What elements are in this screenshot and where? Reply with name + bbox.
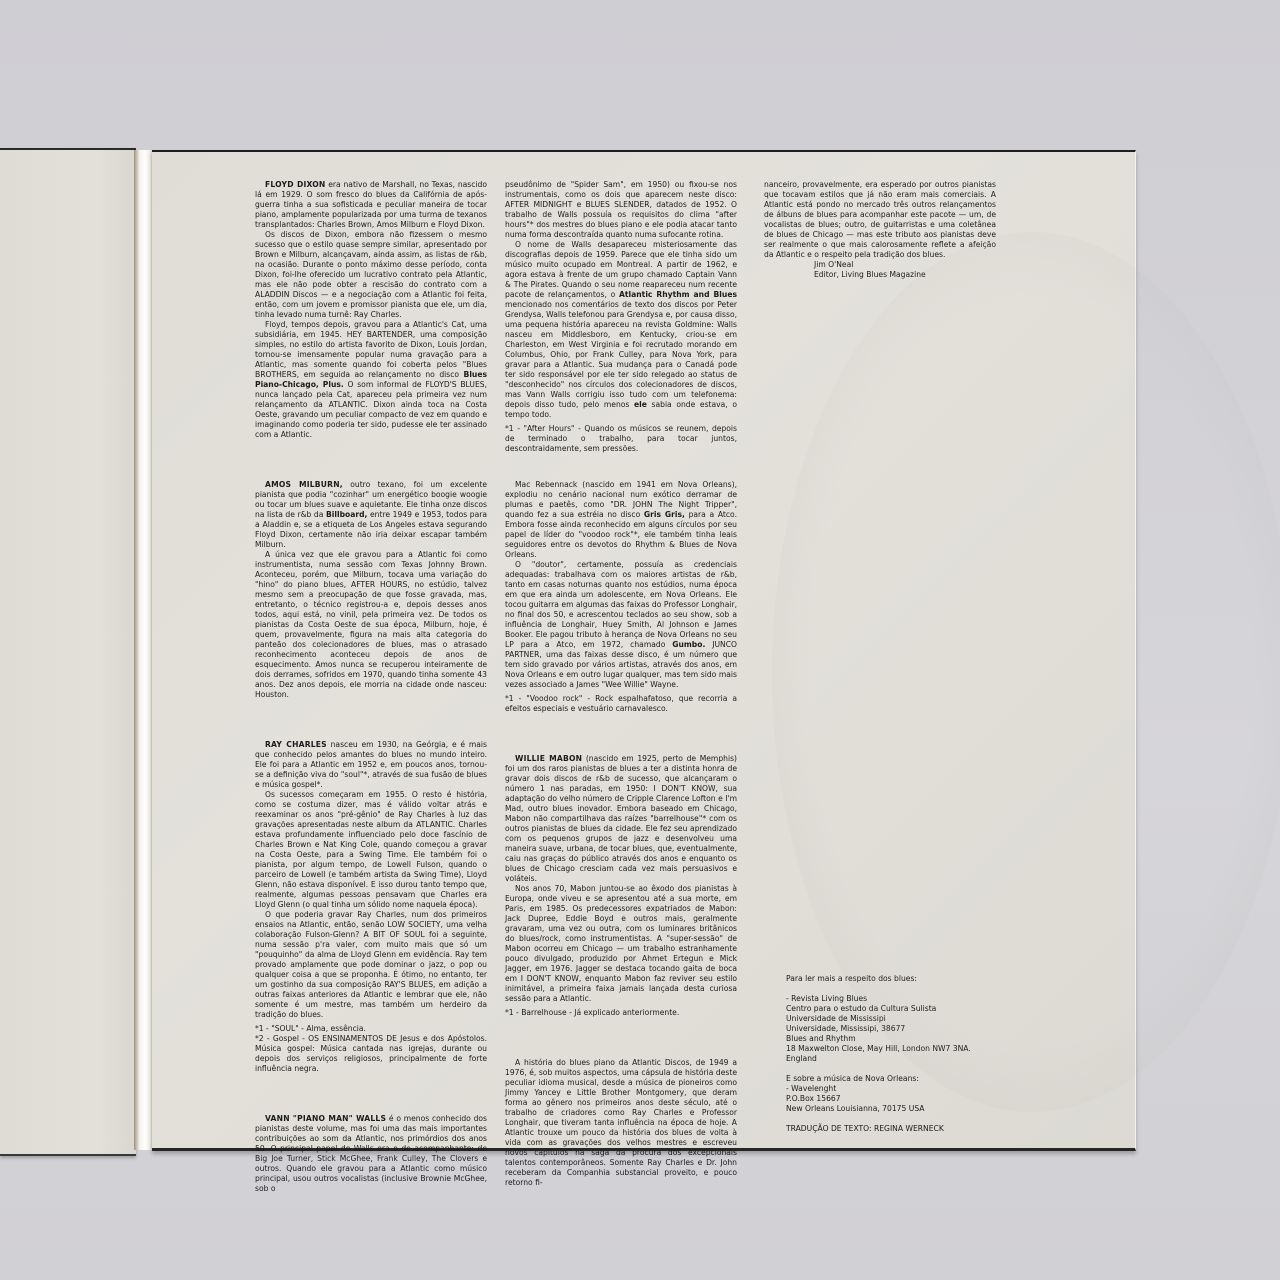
footnote: *1 - "Voodoo rock" - Rock espalhafatoso,…	[505, 694, 737, 714]
section-floyd-dixon: FLOYD DIXON era nativo de Marshall, no T…	[255, 180, 487, 440]
paragraph: Os discos de Dixon, embora não fizessem …	[255, 230, 487, 320]
paragraph: O que poderia gravar Ray Charles, num do…	[255, 910, 487, 1020]
footnote: *1 - "After Hours" - Quando os músicos s…	[505, 424, 737, 454]
paragraph: A única vez que ele gravou para a Atlant…	[255, 550, 487, 700]
paragraph: O "doutor", certamente, possuía as crede…	[505, 560, 737, 690]
references-block: Para ler mais a respeito dos blues: - Re…	[786, 974, 996, 1134]
paragraph: Floyd, tempos depois, gravou para a Atla…	[255, 320, 487, 440]
section-heading: AMOS MILBURN,	[265, 480, 343, 489]
reference-line: Universidade, Mississipi, 38677	[786, 1024, 996, 1034]
signature-title: Editor, Living Blues Magazine	[764, 270, 996, 280]
section-amos-milburn: AMOS MILBURN, outro texano, foi um excel…	[255, 480, 487, 700]
section-heading: RAY CHARLES	[265, 740, 327, 749]
signature-name: Jim O'Neal	[764, 260, 996, 270]
footnote: *1 - Barrelhouse - Já explicado anterior…	[505, 1008, 737, 1018]
paragraph: pseudônimo de "Spider Sam", em 1950) ou …	[505, 180, 737, 240]
reference-line: Blues and Rhythm	[786, 1034, 996, 1044]
text-column-3: nanceiro, provavelmente, era esperado po…	[764, 180, 996, 280]
section-dr-john: Mac Rebennack (nascido em 1941 em Nova O…	[505, 480, 737, 714]
text-column-1: FLOYD DIXON era nativo de Marshall, no T…	[255, 180, 487, 1194]
paragraph: nanceiro, provavelmente, era esperado po…	[764, 180, 996, 260]
section-history: A história do blues piano da Atlantic Di…	[505, 1058, 737, 1188]
section-vann-walls: VANN "PIANO MAN" WALLS é o menos conheci…	[255, 1114, 487, 1194]
footnote: *1 - "SOUL" - Alma, essência.	[255, 1024, 487, 1034]
reference-line: - Revista Living Blues	[786, 994, 996, 1004]
sleeve-left-panel	[0, 148, 136, 1156]
paragraph: Mac Rebennack (nascido em 1941 em Nova O…	[505, 480, 737, 560]
references-intro: Para ler mais a respeito dos blues:	[786, 974, 996, 984]
text-column-2: pseudônimo de "Spider Sam", em 1950) ou …	[505, 180, 737, 1188]
liner-notes-page: FLOYD DIXON era nativo de Marshall, no T…	[152, 150, 1136, 1151]
section-heading: VANN "PIANO MAN" WALLS	[265, 1114, 386, 1123]
section-vann-walls-continued: pseudônimo de "Spider Sam", em 1950) ou …	[505, 180, 737, 454]
section-willie-mabon: WILLIE MABON (nascido em 1925, perto de …	[505, 754, 737, 1018]
paragraph: Os sucessos começaram em 1955. O resto é…	[255, 790, 487, 910]
references-intro-2: E sobre a música de Nova Orleans:	[786, 1074, 996, 1084]
paragraph: O nome de Walls desapareceu misteriosame…	[505, 240, 737, 420]
section-heading: FLOYD DIXON	[265, 180, 325, 189]
reference-line: 18 Maxwelton Close, May Hill, London NW7…	[786, 1044, 996, 1064]
footnote: *2 - Gospel - OS ENSINAMENTOS DE Jesus e…	[255, 1034, 487, 1074]
section-ray-charles: RAY CHARLES nasceu em 1930, na Geórgia, …	[255, 740, 487, 1074]
paragraph: A história do blues piano da Atlantic Di…	[505, 1058, 737, 1188]
section-heading: WILLIE MABON	[515, 754, 582, 763]
reference-line: Universidade de Mississipi	[786, 1014, 996, 1024]
translation-credit: TRADUÇÃO DE TEXTO: REGINA WERNECK	[786, 1124, 996, 1134]
reference-line: New Orleans Louisianna, 70175 USA	[786, 1104, 996, 1114]
reference-line: - Wavelenght	[786, 1084, 996, 1094]
reference-line: P.O.Box 15667	[786, 1094, 996, 1104]
reference-line: Centro para o estudo da Cultura Sulista	[786, 1004, 996, 1014]
paragraph: Nos anos 70, Mabon juntou-se ao êxodo do…	[505, 884, 737, 1004]
